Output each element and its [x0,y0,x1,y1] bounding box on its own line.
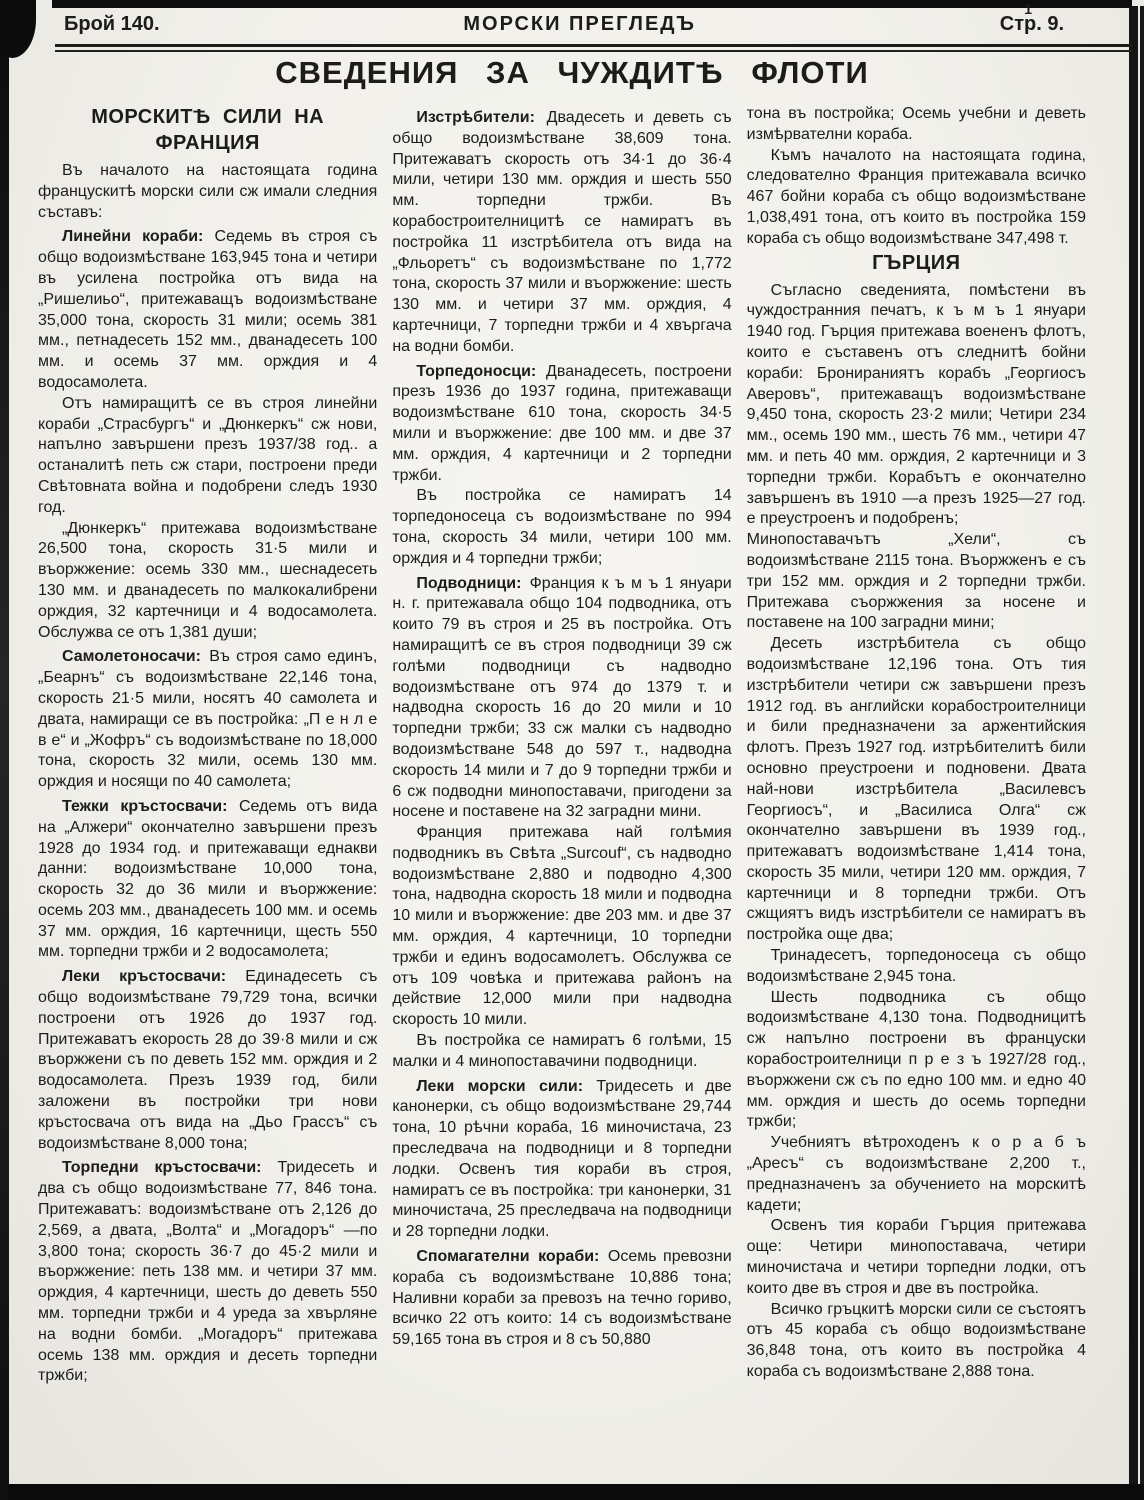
journal-title: МОРСКИ ПРЕГЛЕДЪ [463,13,696,36]
paragraph: „Дюнкеркъ“ притежава водоизмѣстване 26,5… [38,519,377,644]
paragraph: Леки морски сили: Тридесеть и две каноне… [392,1077,731,1243]
paragraph: Къмъ началото на настоящата година, след… [747,146,1086,250]
newspaper-page: Брой 140. МОРСКИ ПРЕГЛЕДЪ Стр. 9. 1 СВЕД… [0,0,1144,1500]
paragraph: Въ постройка се намиратъ 6 голѣми, 15 ма… [392,1031,731,1073]
column-3: тона въ постройка; Осемь учебни и деветь… [747,104,1086,1387]
stray-print-mark: 1 [1024,1,1032,17]
paragraph: Всичко гръцкитѣ морски сили се състоятъ … [747,1300,1086,1383]
paragraph-lead: Изстрѣбители: [416,109,546,126]
paragraph: Учебниятъ вѣтроходенъ к о р а б ъ „Аресъ… [747,1133,1086,1216]
paragraph: Подводници: Франция к ъ м ъ 1 януари н. … [392,574,731,824]
paragraph-lead: Самолетоносачи: [62,648,209,665]
scan-artifact-top-bar [52,0,1132,8]
paragraph: Франция притежава най голѣмия подводникъ… [392,823,731,1031]
paragraph: Спомагателни кораби: Осемь превозни кора… [392,1247,731,1351]
paragraph: Десеть изстрѣбитела съ общо водоизмѣства… [747,634,1086,946]
masthead-rule [55,44,1132,52]
paragraph: Тринадесетъ, торпедоносеца съ общо водои… [747,946,1086,988]
paragraph: Минопоставачътъ „Хели“, съ водоизмѣстван… [747,530,1086,634]
paragraph-lead: Подводници: [416,575,529,592]
paragraph: Торпедни кръстосвачи: Тридесеть и два съ… [38,1158,377,1387]
page-title: СВЕДЕНИЯ ЗА ЧУЖДИТѢ ФЛОТИ [0,55,1144,91]
paragraph: Изстрѣбители: Двадесеть и деветь съ общо… [392,108,731,358]
paragraph-lead: Леки морски сили: [416,1078,596,1095]
column-2: Изстрѣбители: Двадесеть и деветь съ общо… [392,104,731,1387]
scan-artifact-right-edge [1126,6,1144,1500]
paragraph: Шесть подводника съ общо водоизмѣстване … [747,988,1086,1134]
paragraph-lead: Линейни кораби: [62,228,215,245]
column-1: МОРСКИТѢ СИЛИ НА ФРАНЦИЯВъ началото на н… [38,104,377,1387]
section-heading: МОРСКИТѢ СИЛИ НА ФРАНЦИЯ [38,104,377,156]
section-heading: ГЪРЦИЯ [747,250,1086,276]
paragraph-lead: Тежки кръстосвачи: [62,798,239,815]
paragraph: Въ постройка се намиратъ 14 торпедоносец… [392,486,731,569]
scan-artifact-bottom-bar [8,1484,1144,1500]
scan-artifact-left-edge [0,0,9,1500]
paragraph-lead: Спомагателни кораби: [416,1248,608,1265]
paragraph: Леки кръстосвачи: Единадесеть съ общо во… [38,967,377,1154]
paragraph-lead: Торпедни кръстосвачи: [62,1159,277,1176]
paragraph: Освенъ тия кораби Гърция притежава още: … [747,1216,1086,1299]
paragraph: Въ началото на настоящата година францус… [38,161,377,223]
article-body: МОРСКИТѢ СИЛИ НА ФРАНЦИЯВъ началото на н… [38,104,1086,1387]
paragraph: Тежки кръстосвачи: Седемь отъ вида на „А… [38,797,377,963]
paragraph: Торпедоносци: Дванадесеть, построени пре… [392,362,731,487]
paragraph-lead: Торпедоносци: [416,363,546,380]
paragraph-lead: Леки кръстосвачи: [62,968,245,985]
issue-number: Брой 140. [64,13,160,36]
paragraph: Линейни кораби: Седемь въ строя съ общо … [38,227,377,393]
masthead: Брой 140. МОРСКИ ПРЕГЛЕДЪ Стр. 9. [64,13,1064,36]
paragraph: Самолетоносачи: Въ строя само единъ, „Бе… [38,647,377,793]
paragraph: Отъ намиращитѣ се въ строя линейни кораб… [38,394,377,519]
paragraph: Съгласно сведенията, помѣстени въ чуждос… [747,281,1086,531]
paragraph: тона въ постройка; Осемь учебни и деветь… [747,104,1086,146]
scan-artifact-corner-blob [0,0,36,58]
